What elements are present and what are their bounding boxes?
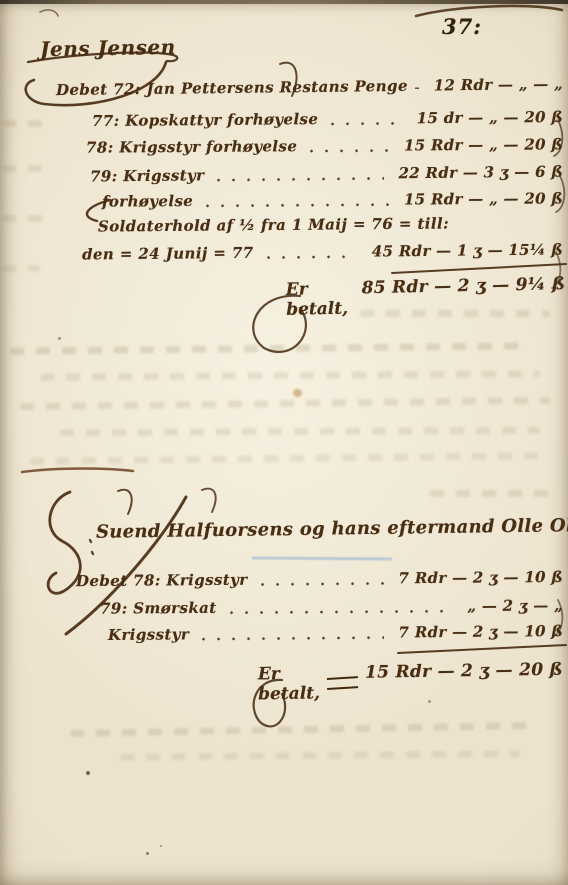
entry-label: Krigsstyr xyxy=(108,625,189,644)
entry-label: Debet 72: Jan Pettersens Restans Penge xyxy=(56,77,408,99)
sum-underline xyxy=(398,645,566,653)
blue-pencil-mark xyxy=(252,557,392,561)
entry-label: 79: Krigsstyr xyxy=(90,166,205,185)
dotted-leader xyxy=(304,142,389,156)
bleed-through-ghost xyxy=(2,215,46,222)
entry-amount: 12 Rdr — „ — „ xyxy=(434,75,564,95)
ink-speck xyxy=(86,771,90,775)
entry-label: Soldaterhold af ½ fra 1 Maij = 76 = till… xyxy=(98,214,449,235)
ledger-entry-row: 77: Kopskattyr forhøyelse 15 dr — „ — 20… xyxy=(92,108,563,130)
ledger-entry-row: Krigsstyr 7 Rdr — 2 ʒ — 10 ß xyxy=(108,622,563,644)
bleed-through-ghost xyxy=(60,427,540,437)
page-number: 37: xyxy=(442,14,482,39)
entry-label: 78: Krigsstyr forhøyelse xyxy=(86,137,297,156)
section2-heading: Suend Halfuorsens og hans eftermand Olle… xyxy=(96,514,568,543)
ledger-entry-row: Debet 72: Jan Pettersens Restans Penge 1… xyxy=(56,75,563,99)
equals-mark xyxy=(327,676,359,690)
bleed-through-ghost xyxy=(10,342,530,354)
dotted-leader xyxy=(261,248,357,262)
bleed-through-ghost xyxy=(30,452,540,464)
bleed-through-ghost xyxy=(40,370,540,380)
bleed-through-ghost xyxy=(430,490,560,497)
entry-amount: 7 Rdr — 2 ʒ — 10 ß xyxy=(398,622,563,641)
letter-curl xyxy=(202,489,216,512)
ledger-entry-row: 79: Krigsstyr 22 Rdr — 3 ʒ — 6 ß xyxy=(90,163,563,186)
entry-amount: 15 Rdr — „ — 20 ß xyxy=(404,189,563,208)
flourish-overlay xyxy=(0,0,568,885)
stray-stroke xyxy=(40,10,58,16)
letter-curl xyxy=(118,490,132,514)
entry-label: forhøyelse xyxy=(102,192,193,211)
entry-amount: 7 Rdr — 2 ʒ — 10 ß xyxy=(398,568,563,587)
entry-label: Debet 78: Krigsstyr xyxy=(76,571,248,590)
dotted-leader xyxy=(196,629,383,644)
ink-speck xyxy=(160,845,162,847)
ledger-entry-row: den = 24 Junij = 77 45 Rdr — 1 ʒ — 15¼ ß xyxy=(82,240,563,263)
total-label: Er betalt, xyxy=(258,663,320,704)
bleed-through-ghost xyxy=(2,120,48,127)
dotted-leader xyxy=(211,169,383,184)
dotted-leader xyxy=(200,196,389,210)
total-label: Er betalt, xyxy=(286,279,349,320)
dotted-leader xyxy=(325,114,402,128)
monogram-colon xyxy=(90,540,93,554)
entry-label: 79: Smørskat xyxy=(100,599,217,618)
dotted-leader xyxy=(254,574,383,588)
ink-speck xyxy=(58,337,61,340)
entry-amount: 15 Rdr — „ — 20 ß xyxy=(404,135,563,154)
ledger-entry-row: Debet 78: Krigsstyr 7 Rdr — 2 ʒ — 10 ß xyxy=(76,568,563,590)
total-amount: 15 Rdr — 2 ʒ — 20 ß xyxy=(365,660,563,683)
bleed-through-ghost xyxy=(120,750,520,760)
total-row: Er betalt, 15 Rdr — 2 ʒ — 20 ß xyxy=(258,660,564,705)
entry-amount: „ — 2 ʒ — „ xyxy=(467,596,563,615)
total-row: Er betalt, 85 Rdr — 2 ʒ — 9¼ ß xyxy=(286,274,564,320)
scan-top-edge xyxy=(0,0,568,4)
bleed-through-ghost xyxy=(2,265,40,272)
entry-label: den = 24 Junij = 77 xyxy=(82,244,254,264)
manuscript-page: 37: Jens Jensen Debet 72: Jan Pettersens… xyxy=(0,0,568,885)
dash-leader xyxy=(415,82,419,95)
ink-speck xyxy=(146,852,149,855)
sum-underline xyxy=(392,264,566,273)
dotted-leader xyxy=(224,602,453,617)
entry-amount: 45 Rdr — 1 ʒ — 15¼ ß xyxy=(372,240,563,260)
bleed-through-ghost xyxy=(2,165,42,172)
ink-stain xyxy=(293,389,302,397)
entry-amount: 15 dr — „ — 20 ß xyxy=(417,108,563,127)
bleed-through-ghost xyxy=(20,397,550,410)
ledger-entry-row: forhøyelse 15 Rdr — „ — 20 ß xyxy=(102,189,563,210)
entry-amount: 22 Rdr — 3 ʒ — 6 ß xyxy=(398,163,563,183)
entry-label: 77: Kopskattyr forhøyelse xyxy=(92,110,318,130)
section-divider xyxy=(22,469,133,473)
ledger-entry-row: 78: Krigsstyr forhøyelse 15 Rdr — „ — 20… xyxy=(86,135,563,156)
total-amount: 85 Rdr — 2 ʒ — 9¼ ß xyxy=(361,274,565,298)
ledger-entry-row: 79: Smørskat „ — 2 ʒ — „ xyxy=(100,596,563,617)
section1-heading: Jens Jensen xyxy=(40,35,176,61)
ledger-entry-row: Soldaterhold af ½ fra 1 Maij = 76 = till… xyxy=(98,214,449,235)
bleed-through-ghost xyxy=(70,722,530,737)
pagenum-flourish xyxy=(416,6,562,16)
